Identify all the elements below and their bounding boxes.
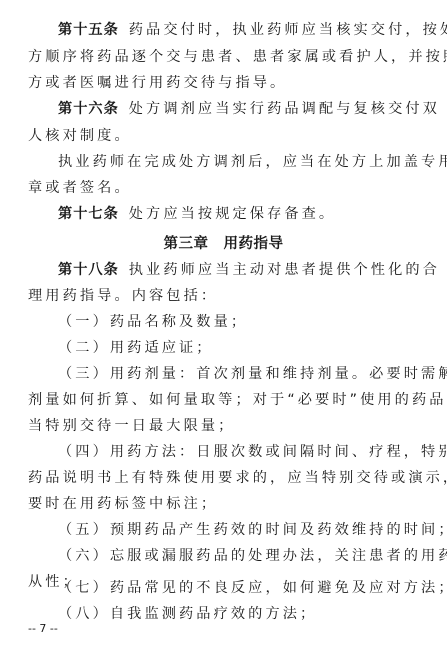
chapter-title: 第三章 用药指导 <box>0 232 447 253</box>
page-number: -- 7 -- <box>28 622 58 635</box>
article-15-line-1: 第十五条药品交付时，执业药师应当核实交付，按处 <box>58 20 398 40</box>
article-text: 执业药师应当主动对患者提供个性化的合 <box>129 262 440 278</box>
article-label: 第十六条 <box>58 101 119 117</box>
paragraph-line-1: 执业药师在完成处方调剂后，应当在处方上加盖专用签 <box>58 152 398 172</box>
list-item-4-line-1: （四）用药方法：日服次数或间隔时间、疗程，特别是 <box>58 442 398 462</box>
article-17-line-1: 第十七条处方应当按规定保存备查。 <box>58 204 398 224</box>
article-label: 第十五条 <box>58 22 119 38</box>
list-item-7: （七）药品常见的不良反应，如何避免及应对方法； <box>58 578 398 598</box>
article-15-line-2: 方顺序将药品逐个交与患者、患者家属或看护人，并按照处 <box>28 47 398 67</box>
list-item-4-line-2: 药品说明书上有特殊使用要求的，应当特别交待或演示，必 <box>28 468 398 488</box>
article-16-line-1: 第十六条处方调剂应当实行药品调配与复核交付双 <box>58 99 398 119</box>
list-item-4-line-3: 要时在用药标签中标注； <box>28 494 398 514</box>
list-item-3-line-2: 剂量如何折算、如何量取等；对于“必要时”使用的药品应 <box>28 390 398 410</box>
article-label: 第十七条 <box>58 206 119 222</box>
article-18-line-1: 第十八条执业药师应当主动对患者提供个性化的合 <box>58 260 398 280</box>
article-text: 处方应当按规定保存备查。 <box>129 206 336 222</box>
article-label: 第十八条 <box>58 262 119 278</box>
list-item-3-line-1: （三）用药剂量：首次剂量和维持剂量。必要时需解释 <box>58 364 398 384</box>
article-text: 处方调剂应当实行药品调配与复核交付双 <box>129 101 440 117</box>
document-page: 第十五条药品交付时，执业药师应当核实交付，按处 方顺序将药品逐个交与患者、患者家… <box>0 0 447 656</box>
list-item-1: （一）药品名称及数量； <box>58 312 398 332</box>
article-text: 药品交付时，执业药师应当核实交付，按处 <box>129 22 447 38</box>
list-item-8: （八）自我监测药品疗效的方法； <box>58 604 398 624</box>
paragraph-line-2: 章或者签名。 <box>28 178 398 198</box>
article-15-line-3: 方或者医嘱进行用药交待与指导。 <box>28 73 398 93</box>
article-16-line-2: 人核对制度。 <box>28 126 398 146</box>
list-item-6-line-1: （六）忘服或漏服药品的处理办法，关注患者的用药依 <box>58 546 398 566</box>
article-18-line-2: 理用药指导。内容包括： <box>28 286 398 306</box>
list-item-5: （五）预期药品产生药效的时间及药效维持的时间； <box>58 520 398 540</box>
list-item-2: （二）用药适应证； <box>58 338 398 358</box>
list-item-3-line-3: 当特别交待一日最大限量； <box>28 416 398 436</box>
